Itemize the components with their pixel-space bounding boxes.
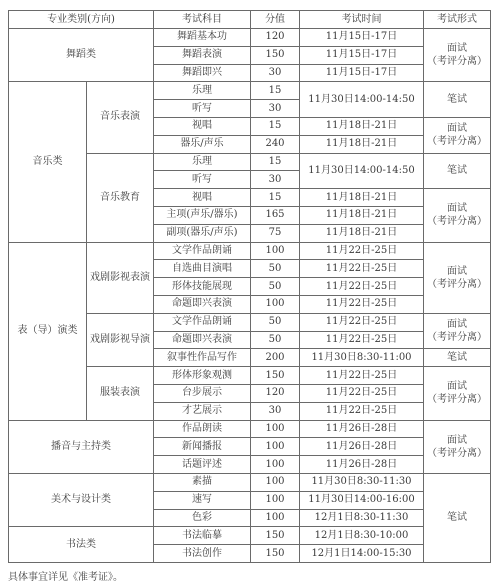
form-cell: 面试（考评分离）	[424, 189, 491, 242]
score-cell: 15	[251, 189, 300, 207]
category-dance: 舞蹈类	[9, 29, 154, 82]
subject-cell: 色彩	[154, 509, 251, 527]
time-cell: 11月22日-25日	[300, 402, 424, 420]
time-cell: 12月1日14:00-15:30	[300, 545, 424, 563]
time-cell: 11月26日-28日	[300, 456, 424, 474]
form-cell: 笔试	[424, 349, 491, 367]
score-cell: 50	[251, 331, 300, 349]
subject-cell: 才艺展示	[154, 402, 251, 420]
time-cell: 11月22日-25日	[300, 242, 424, 260]
header-row: 专业类别(方向) 考试科目 分值 考试时间 考试形式	[9, 11, 491, 29]
time-cell: 11月30日14:00-14:50	[300, 82, 424, 118]
subject-cell: 文学作品朗诵	[154, 313, 251, 331]
subject-cell: 副项(器乐/声乐)	[154, 224, 251, 242]
score-cell: 75	[251, 224, 300, 242]
category-art: 美术与设计类	[9, 473, 154, 526]
time-cell: 11月30日14:00-14:50	[300, 153, 424, 189]
score-cell: 30	[251, 100, 300, 118]
form-cell: 笔试	[424, 82, 491, 118]
header-time: 考试时间	[300, 11, 424, 29]
subcategory-music-education: 音乐教育	[87, 153, 154, 242]
subject-cell: 作品朗读	[154, 420, 251, 438]
score-cell: 100	[251, 491, 300, 509]
table-row: 音乐类 音乐表演 乐理 15 11月30日14:00-14:50 笔试	[9, 82, 491, 100]
subcategory-drama-directing: 戏剧影视导演	[87, 313, 154, 366]
score-cell: 200	[251, 349, 300, 367]
category-broadcast: 播音与主持类	[9, 420, 154, 473]
time-cell: 11月22日-25日	[300, 260, 424, 278]
subject-cell: 命题即兴表演	[154, 331, 251, 349]
subject-cell: 舞蹈即兴	[154, 64, 251, 82]
subject-cell: 文学作品朗诵	[154, 242, 251, 260]
time-cell: 11月30日8:30-11:00	[300, 349, 424, 367]
time-cell: 11月30日8:30-11:30	[300, 473, 424, 491]
subject-cell: 书法创作	[154, 545, 251, 563]
header-score: 分值	[251, 11, 300, 29]
score-cell: 50	[251, 313, 300, 331]
time-cell: 11月15日-17日	[300, 29, 424, 47]
subject-cell: 舞蹈基本功	[154, 29, 251, 47]
subject-cell: 视唱	[154, 189, 251, 207]
subject-cell: 话题评述	[154, 456, 251, 474]
subject-cell: 形体形象观测	[154, 367, 251, 385]
subject-cell: 书法临摹	[154, 527, 251, 545]
score-cell: 100	[251, 438, 300, 456]
form-cell: 笔试	[424, 153, 491, 189]
subject-cell: 舞蹈表演	[154, 46, 251, 64]
table-row: 播音与主持类 作品朗读 100 11月26日-28日 面试（考评分离）	[9, 420, 491, 438]
header-category: 专业类别(方向)	[9, 11, 154, 29]
table-row: 舞蹈类 舞蹈基本功 120 11月15日-17日 面试（考评分离）	[9, 29, 491, 47]
score-cell: 150	[251, 367, 300, 385]
category-music: 音乐类	[9, 82, 87, 242]
form-cell: 面试（考评分离）	[424, 117, 491, 153]
subject-cell: 视唱	[154, 117, 251, 135]
form-cell: 面试（考评分离）	[424, 367, 491, 420]
subject-cell: 叙事性作品写作	[154, 349, 251, 367]
time-cell: 11月18日-21日	[300, 224, 424, 242]
table-row: 美术与设计类 素描 100 11月30日8:30-11:30 笔试	[9, 473, 491, 491]
category-drama: 表（导）演类	[9, 242, 87, 420]
exam-schedule-table: 专业类别(方向) 考试科目 分值 考试时间 考试形式 舞蹈类 舞蹈基本功 120…	[8, 10, 491, 563]
subject-cell: 台步展示	[154, 384, 251, 402]
score-cell: 30	[251, 402, 300, 420]
subject-cell: 听写	[154, 171, 251, 189]
time-cell: 11月18日-21日	[300, 189, 424, 207]
time-cell: 11月15日-17日	[300, 46, 424, 64]
subject-cell: 主项(声乐/器乐)	[154, 206, 251, 224]
score-cell: 15	[251, 153, 300, 171]
time-cell: 11月18日-21日	[300, 206, 424, 224]
score-cell: 150	[251, 527, 300, 545]
subject-cell: 新闻播报	[154, 438, 251, 456]
score-cell: 100	[251, 420, 300, 438]
score-cell: 240	[251, 135, 300, 153]
time-cell: 11月22日-25日	[300, 367, 424, 385]
time-cell: 11月30日14:00-16:00	[300, 491, 424, 509]
subject-cell: 乐理	[154, 153, 251, 171]
score-cell: 120	[251, 29, 300, 47]
subject-cell: 听写	[154, 100, 251, 118]
score-cell: 150	[251, 46, 300, 64]
score-cell: 165	[251, 206, 300, 224]
subcategory-drama-acting: 戏剧影视表演	[87, 242, 154, 313]
subject-cell: 形体技能展现	[154, 278, 251, 296]
subject-cell: 速写	[154, 491, 251, 509]
score-cell: 100	[251, 242, 300, 260]
time-cell: 12月1日8:30-11:30	[300, 509, 424, 527]
score-cell: 100	[251, 473, 300, 491]
time-cell: 11月22日-25日	[300, 295, 424, 313]
footnote: 具体事宜详见《准考证》。	[8, 568, 123, 583]
subject-cell: 器乐/声乐	[154, 135, 251, 153]
time-cell: 11月22日-25日	[300, 313, 424, 331]
subcategory-music-performance: 音乐表演	[87, 82, 154, 153]
score-cell: 15	[251, 82, 300, 100]
subcategory-costume: 服装表演	[87, 367, 154, 420]
header-form: 考试形式	[424, 11, 491, 29]
score-cell: 50	[251, 260, 300, 278]
form-cell: 面试（考评分离）	[424, 242, 491, 313]
form-cell: 面试（考评分离）	[424, 29, 491, 82]
score-cell: 100	[251, 509, 300, 527]
form-cell: 面试（考评分离）	[424, 313, 491, 349]
time-cell: 11月22日-25日	[300, 331, 424, 349]
score-cell: 30	[251, 64, 300, 82]
score-cell: 150	[251, 545, 300, 563]
time-cell: 11月18日-21日	[300, 135, 424, 153]
time-cell: 11月26日-28日	[300, 420, 424, 438]
subject-cell: 命题即兴表演	[154, 295, 251, 313]
score-cell: 100	[251, 456, 300, 474]
time-cell: 12月1日8:30-10:00	[300, 527, 424, 545]
score-cell: 30	[251, 171, 300, 189]
score-cell: 15	[251, 117, 300, 135]
category-calligraphy: 书法类	[9, 527, 154, 563]
time-cell: 11月22日-25日	[300, 384, 424, 402]
table-row: 表（导）演类 戏剧影视表演 文学作品朗诵 100 11月22日-25日 面试（考…	[9, 242, 491, 260]
table-row: 书法类 书法临摹 150 12月1日8:30-10:00	[9, 527, 491, 545]
time-cell: 11月26日-28日	[300, 438, 424, 456]
subject-cell: 乐理	[154, 82, 251, 100]
subject-cell: 自选曲目演唱	[154, 260, 251, 278]
score-cell: 100	[251, 295, 300, 313]
time-cell: 11月15日-17日	[300, 64, 424, 82]
time-cell: 11月18日-21日	[300, 117, 424, 135]
subject-cell: 素描	[154, 473, 251, 491]
form-cell: 笔试	[424, 473, 491, 562]
form-cell: 面试（考评分离）	[424, 420, 491, 473]
score-cell: 120	[251, 384, 300, 402]
header-subject: 考试科目	[154, 11, 251, 29]
score-cell: 50	[251, 278, 300, 296]
time-cell: 11月22日-25日	[300, 278, 424, 296]
